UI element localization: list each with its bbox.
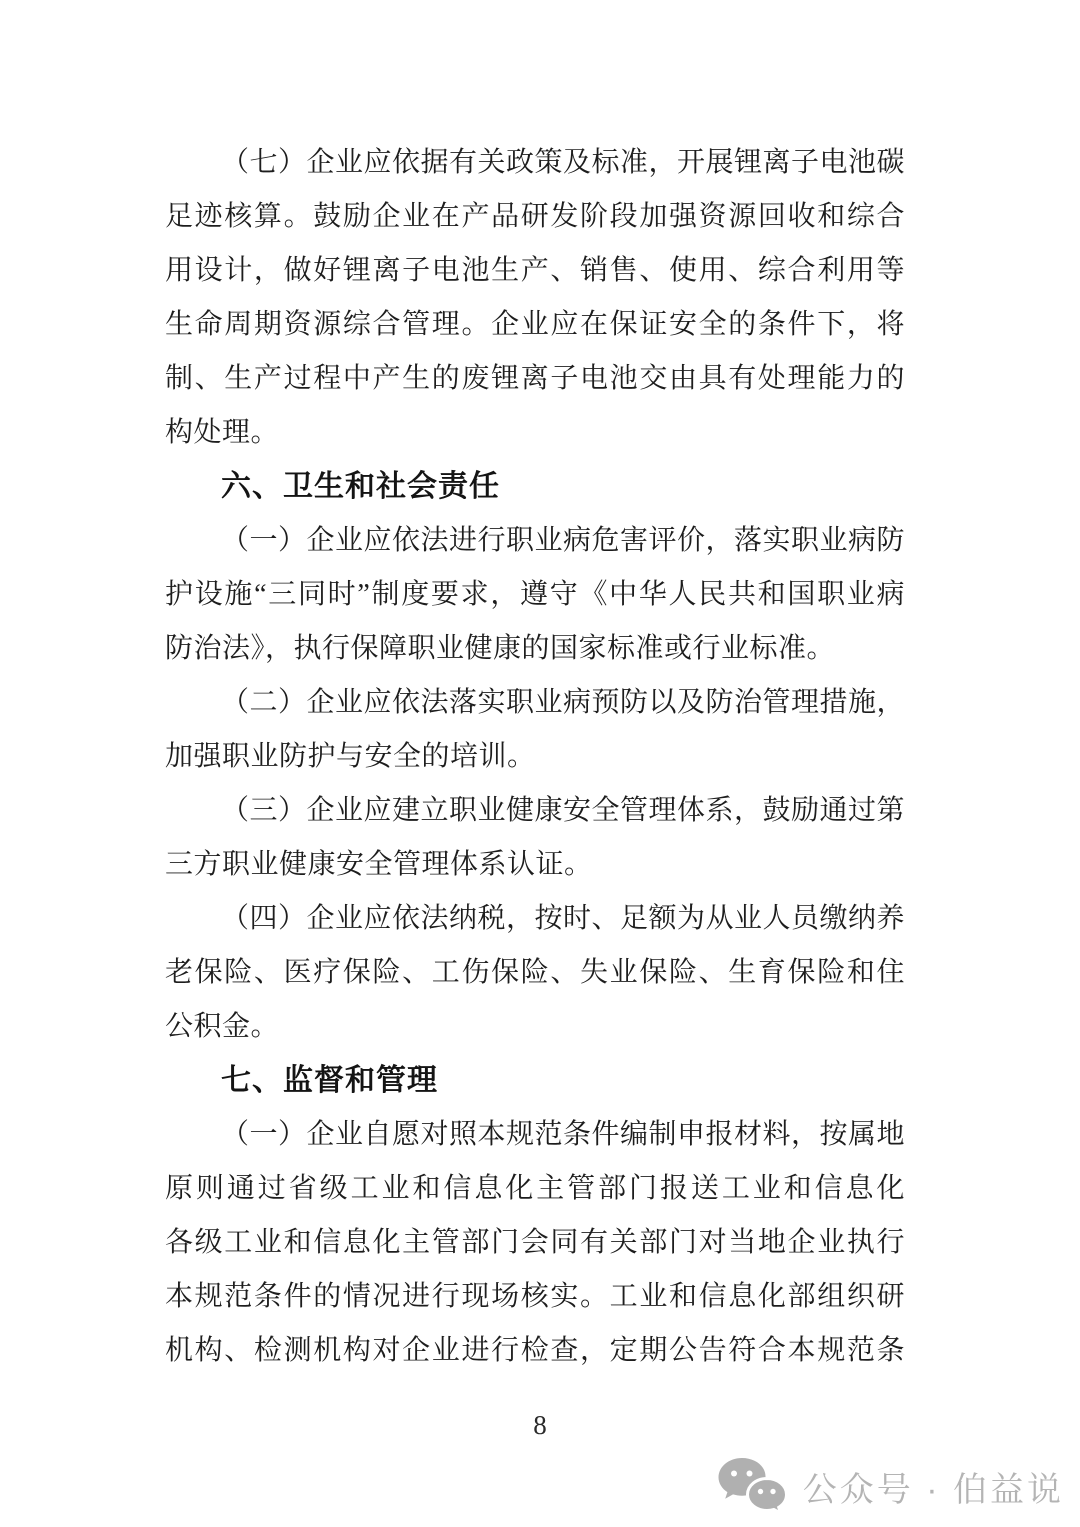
wechat-icon xyxy=(716,1457,788,1515)
text-line: 公积金。 xyxy=(165,1000,905,1054)
text-line: 本规范条件的情况进行现场核实。工业和信息化部组织研究 xyxy=(165,1270,905,1324)
text-line: 三方职业健康安全管理体系认证。 xyxy=(165,838,905,892)
section-heading: 六、卫生和社会责任 xyxy=(165,460,905,514)
text-line: （七）企业应依据有关政策及标准，开展锂离子电池碳 xyxy=(165,136,905,190)
page-number: 8 xyxy=(0,1408,1080,1442)
text-line: 机构、检测机构对企业进行检查，定期公告符合本规范条件 xyxy=(165,1324,905,1378)
document-body: （七）企业应依据有关政策及标准，开展锂离子电池碳足迹核算。鼓励企业在产品研发阶段… xyxy=(165,136,905,1378)
text-line: 制、生产过程中产生的废锂离子电池交由具有处理能力的机 xyxy=(165,352,905,406)
text-line: 构处理。 xyxy=(165,406,905,460)
text-line: 加强职业防护与安全的培训。 xyxy=(165,730,905,784)
text-line: （一）企业应依法进行职业病危害评价，落实职业病防 xyxy=(165,514,905,568)
text-line: 生命周期资源综合管理。企业应在保证安全的条件下，将研 xyxy=(165,298,905,352)
text-line: （一）企业自愿对照本规范条件编制申报材料，按属地 xyxy=(165,1108,905,1162)
section-heading: 七、监督和管理 xyxy=(165,1054,905,1108)
text-line: 足迹核算。鼓励企业在产品研发阶段加强资源回收和综合利 xyxy=(165,190,905,244)
text-line: 老保险、医疗保险、工伤保险、失业保险、生育保险和住房 xyxy=(165,946,905,1000)
watermark: 公众号 · 伯益说 xyxy=(716,1458,1064,1514)
document-page: （七）企业应依据有关政策及标准，开展锂离子电池碳足迹核算。鼓励企业在产品研发阶段… xyxy=(0,0,1080,1527)
text-line: （二）企业应依法落实职业病预防以及防治管理措施， xyxy=(165,676,905,730)
text-line: （四）企业应依法纳税，按时、足额为从业人员缴纳养 xyxy=(165,892,905,946)
watermark-text: 公众号 · 伯益说 xyxy=(803,1462,1064,1511)
text-line: 用设计，做好锂离子电池生产、销售、使用、综合利用等全 xyxy=(165,244,905,298)
text-line: 防治法》，执行保障职业健康的国家标准或行业标准。 xyxy=(165,622,905,676)
text-line: 原则通过省级工业和信息化主管部门报送工业和信息化部。 xyxy=(165,1162,905,1216)
text-line: （三）企业应建立职业健康安全管理体系，鼓励通过第 xyxy=(165,784,905,838)
text-line: 各级工业和信息化主管部门会同有关部门对当地企业执行 xyxy=(165,1216,905,1270)
text-line: 护设施“三同时”制度要求，遵守《中华人民共和国职业病 xyxy=(165,568,905,622)
